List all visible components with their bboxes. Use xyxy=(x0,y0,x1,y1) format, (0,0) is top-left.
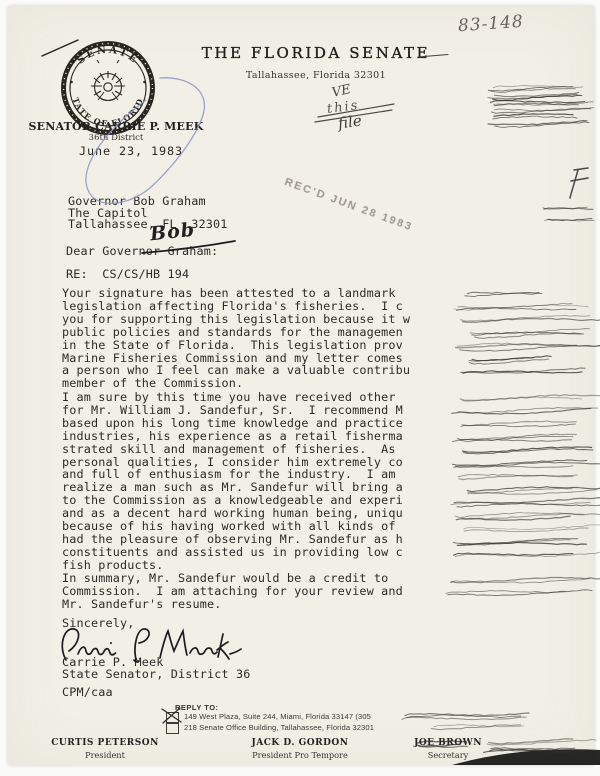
official-title-1: President xyxy=(30,750,180,760)
official-name-2: JACK D. GORDON xyxy=(225,738,375,748)
salutation: Dear Governor Graham: xyxy=(66,245,218,258)
reply-option-miami: 149 West Plaza, Suite 244, Miami, Florid… xyxy=(184,712,371,721)
reference-initials: CPM/caa xyxy=(62,686,113,699)
recipient-address: Governor Bob Graham The Capitol Tallahas… xyxy=(68,196,228,231)
body-paragraph-2: I am sure by this time you have received… xyxy=(62,391,403,572)
official-name-3: JOE BROWN xyxy=(373,738,523,748)
letterhead-city-line: Tallahassee, Florida 32301 xyxy=(188,70,444,81)
checkbox-unchecked-icon xyxy=(166,723,179,734)
official-name-1: CURTIS PETERSON xyxy=(30,738,180,748)
letterhead-title: THE FLORIDA SENATE xyxy=(188,44,444,62)
senator-name: SENATOR CARRIE P. MEEK xyxy=(28,120,204,133)
reply-to-label: REPLY TO: xyxy=(175,703,219,712)
senator-district: 36th District xyxy=(28,133,204,143)
official-title-3: Secretary xyxy=(373,750,523,760)
official-title-2: President Pro Tempore xyxy=(225,750,375,760)
signature-carrie-p-meek xyxy=(54,620,244,670)
letter-date: June 23, 1983 xyxy=(79,145,183,158)
seal-emblem xyxy=(91,60,125,101)
reply-option-tallahassee: 218 Senate Office Building, Tallahassee,… xyxy=(184,723,374,732)
scanned-letter-page: SENATE STATE OF FLORIDA THE FLORIDA SENA… xyxy=(0,0,600,776)
pencil-note-word2: file xyxy=(337,111,363,132)
reference-line: RE: CS/CS/HB 194 xyxy=(66,268,189,281)
body-paragraph-3: In summary, Mr. Sandefur would be a cred… xyxy=(62,572,403,611)
checkbox-checked-icon xyxy=(166,712,179,723)
body-paragraph-1: Your signature has been attested to a la… xyxy=(62,287,410,390)
